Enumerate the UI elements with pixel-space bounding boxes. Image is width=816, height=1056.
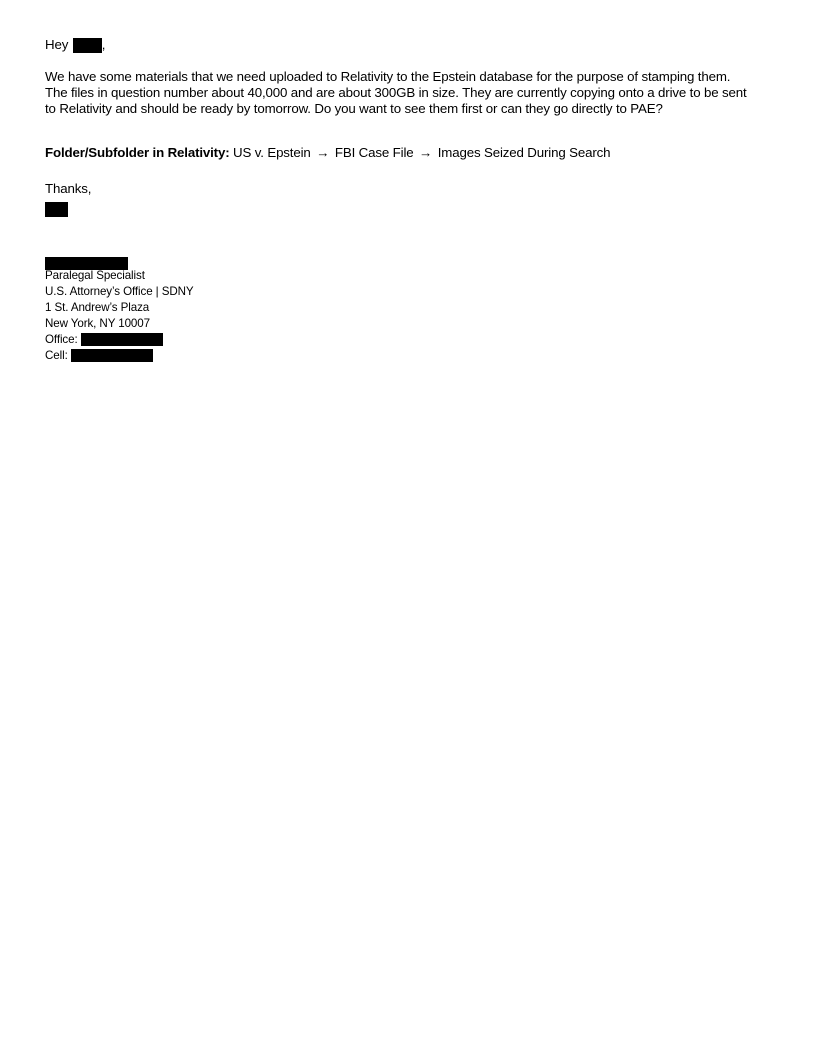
office-phone-label: Office:: [45, 333, 78, 346]
signature-cell-phone: Cell:: [45, 348, 153, 364]
cell-phone-label: Cell:: [45, 349, 68, 362]
redacted-office-phone: [81, 333, 163, 346]
redacted-sender-initials: [45, 202, 68, 217]
paragraph-line-1: We have some materials that we need uplo…: [45, 69, 730, 85]
signature-title: Paralegal Specialist: [45, 268, 145, 284]
signature-office: U.S. Attorney’s Office | SDNY: [45, 284, 194, 300]
signature-address-line-2: New York, NY 10007: [45, 316, 150, 332]
redacted-recipient-name: [73, 38, 102, 53]
greeting-suffix: ,: [102, 37, 106, 52]
folder-path-label: Folder/Subfolder in Relativity:: [45, 145, 229, 160]
signature-line: [45, 201, 68, 219]
paragraph-line-2: The files in question number about 40,00…: [45, 85, 747, 101]
folder-path-segment-2: FBI Case File: [335, 145, 414, 160]
redacted-cell-phone: [71, 349, 153, 362]
arrow-right-icon: →: [419, 145, 432, 160]
paragraph-line-3: to Relativity and should be ready by tom…: [45, 101, 663, 117]
greeting-line: Hey ,: [45, 37, 105, 53]
closing-text: Thanks,: [45, 181, 91, 197]
signature-office-phone: Office:: [45, 332, 163, 348]
folder-path-segment-3: Images Seized During Search: [438, 145, 611, 160]
folder-path-segment-1: US v. Epstein: [233, 145, 311, 160]
greeting-prefix: Hey: [45, 37, 68, 52]
signature-address-line-1: 1 St. Andrew’s Plaza: [45, 300, 149, 316]
arrow-right-icon: →: [316, 145, 329, 160]
folder-path-line: Folder/Subfolder in Relativity: US v. Ep…: [45, 145, 610, 161]
